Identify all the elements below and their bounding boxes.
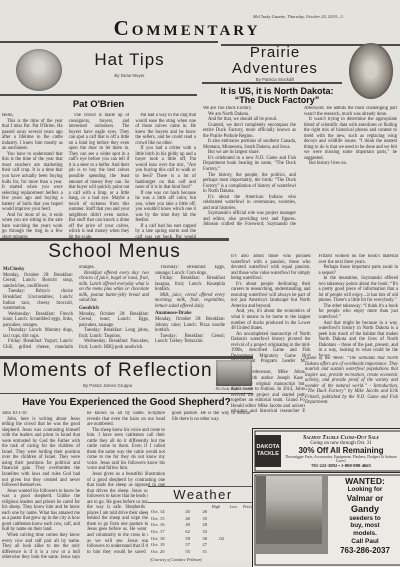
- weather-low: 31: [190, 549, 207, 556]
- paragraph: Friday: Breakfast: Breakfast lasagna, fr…: [155, 276, 225, 293]
- weather-row: Oct. 176233: [148, 529, 258, 536]
- weather-caption: (Courtesy of Candace Pellman): [148, 556, 258, 562]
- dakota-tackle-logo: DAKOTA TACKLE: [255, 435, 281, 467]
- reflection-byline: By Pastor James Gruppa: [0, 383, 215, 388]
- paragraph: Monday, October 28: Breakfast: Cereal; L…: [3, 273, 73, 290]
- weather-precip: [207, 529, 224, 536]
- wanted-line1: Looking for: [328, 486, 400, 494]
- weather-date: Oct. 17: [148, 529, 173, 536]
- paragraph: It's celebrated in a new N.D. Game and F…: [203, 156, 296, 173]
- tackle-offer: 30% Off All Remaining: [281, 446, 400, 455]
- paragraph: Granted, we don't completely encompass t…: [203, 123, 296, 140]
- paragraph: In the meantime, Szymanski offered two t…: [319, 276, 399, 304]
- paragraph: Tuesday: Breakfast: Cereal; Lunch: Turke…: [155, 334, 225, 345]
- wanted-line2: Valmar or: [328, 494, 400, 504]
- reflection-title: Moments of Reflection: [0, 360, 215, 382]
- weather-row: Oct. 205531: [148, 549, 258, 556]
- paragraph: Wednesday: Breakfast: Pancakes, fruit; L…: [79, 339, 149, 350]
- weather-box: Weather High Low Precip Oct. 144526Oct. …: [148, 486, 258, 561]
- duck-article-top: We are The Duck Factory.We are North Dak…: [203, 106, 397, 238]
- school-menus-title: School Menus: [0, 241, 229, 263]
- paragraph: It also embraces portions of southern Ca…: [203, 139, 296, 150]
- paragraph: Tuesday: Breakfast: Long johns, fruit; L…: [79, 328, 149, 339]
- paragraph: Monday, October 28: Breakfast: Cereal, t…: [79, 312, 149, 329]
- wanted-line3: Gandy: [328, 504, 400, 515]
- masthead-rule-left: [0, 41, 218, 43]
- prairie-portrait-photo: [349, 43, 393, 99]
- paragraph: Thursday: Breakfast: Eggs, sausage; Lunc…: [155, 265, 225, 276]
- paragraph: Thursday: Lunch: Mummy dogs, taxi cups, …: [3, 328, 73, 339]
- weather-precip: .02: [207, 536, 224, 543]
- weather-precip: [207, 516, 224, 523]
- pat-obrien-headline: Pat O'Brien: [0, 99, 197, 110]
- paragraph: And, yes, it's about the economics of wh…: [231, 309, 311, 331]
- weather-high: 40: [173, 516, 190, 523]
- paragraph: The history, the people, the politics, a…: [203, 173, 296, 195]
- tackle-ad: DAKOTA TACKLE Salmon Tackle Close-Out Sa…: [252, 428, 400, 474]
- weather-date: Oct. 19: [148, 542, 173, 549]
- weather-high: 62: [173, 529, 190, 536]
- wanted-line6: models.: [328, 530, 400, 538]
- paragraph: It's also about those who pursued waterf…: [231, 254, 311, 282]
- wanted-line5: buy, most: [328, 522, 400, 530]
- weather-low: 33: [190, 529, 207, 536]
- wanted-line4: seeders to: [328, 515, 400, 523]
- weather-high: 55: [173, 549, 190, 556]
- weather-precip: [207, 542, 224, 549]
- paragraph: But history lives on.: [304, 161, 397, 167]
- school-menus-body: McClusky Monday, October 28: Breakfast: …: [3, 265, 225, 353]
- prairie-title-line2: Adventures: [212, 60, 338, 77]
- prairie-title-line1: Prairie: [212, 44, 338, 61]
- tackle-phone: 701-222-3092 • 1-800-880-4665: [281, 463, 400, 468]
- weather-precip: [207, 509, 224, 516]
- paragraph: You have to understand that this is the …: [2, 152, 63, 213]
- weather-low: 30: [190, 536, 207, 543]
- wanted-ad: WANTED: Looking for Valmar or Gandy seed…: [252, 472, 400, 567]
- prairie-rule: [202, 82, 342, 84]
- paragraph: Wednesday: Breakfast: French toast; Lunc…: [3, 312, 73, 329]
- weather-row: Oct. 144526: [148, 509, 258, 516]
- paragraph: Jesus wanted his followers to know he wa…: [2, 489, 80, 533]
- weather-low: 28: [190, 522, 207, 529]
- hat-tips-title: Hat Tips: [62, 50, 197, 70]
- tackle-items: Downrigger Parts, Accessories, Equipment…: [281, 455, 400, 463]
- weather-high: 45: [173, 509, 190, 516]
- weather-date: Oct. 14: [148, 509, 173, 516]
- duck-headline-line2: “The Duck Factory”: [202, 95, 352, 105]
- hat-tips-byline: By Dean Meyer: [62, 73, 197, 78]
- weather-low: 26: [190, 509, 207, 516]
- menus-rule-bottom: [0, 356, 253, 359]
- weather-row: Oct. 195727: [148, 542, 258, 549]
- paragraph: It wasn't trying to determine the approp…: [304, 117, 397, 161]
- paragraph: The crowd is made up of consignors, buye…: [69, 113, 130, 241]
- quote-of-the-week: Quote of the Week: “The wetlands that No…: [305, 356, 398, 424]
- hat-tips-rule: [0, 94, 197, 96]
- weather-date: Oct. 18: [148, 536, 173, 543]
- weather-high: 57: [173, 542, 190, 549]
- paragraph: Tuesday: Brityn's choice Breakfast: Uncr…: [3, 289, 73, 311]
- weather-low: 35: [190, 516, 207, 523]
- weather-date: Oct. 15: [148, 516, 173, 523]
- weather-precip: [207, 522, 224, 529]
- wanted-phone: 763-286-2037: [328, 546, 400, 556]
- weather-row: Oct. 164928: [148, 522, 258, 529]
- seeder-photo: [256, 476, 328, 554]
- wanted-headline: WANTED:: [328, 476, 400, 486]
- hat-tips-photo: [16, 49, 62, 91]
- good-shepherd-headline: Have You Experienced the Good Shepherd?: [0, 397, 253, 408]
- menu-milk-note: Milk, juice, cereal offered every mornin…: [155, 293, 225, 310]
- weather-high: 49: [173, 522, 190, 529]
- paragraph: And that might be because in a way, wate…: [319, 321, 399, 360]
- newspaper-page: McClusky Gazette, Thursday, October 24, …: [0, 0, 400, 567]
- weather-row: Oct. 154035: [148, 516, 258, 523]
- logo-line2: TACKLE: [255, 451, 281, 458]
- paragraph: Pat had a way in the ring that would eas…: [135, 113, 196, 146]
- weather-precip: [207, 549, 224, 556]
- weather-title: Weather: [148, 487, 258, 503]
- weather-high: 59: [173, 536, 190, 543]
- menu-mcclusky-note: Breakfast offered every day: two choices…: [79, 271, 149, 304]
- paragraph: It's about the American Indians who cele…: [203, 195, 296, 212]
- weather-table: Oct. 144526Oct. 154035Oct. 164928Oct. 17…: [148, 509, 258, 556]
- paragraph: The sheep know his voice and come to him…: [87, 428, 165, 472]
- reflection-rule: [0, 393, 253, 394]
- weather-date: Oct. 20: [148, 549, 173, 556]
- logo-line1: DAKOTA: [255, 444, 281, 451]
- paragraph: Monday, October 28: Breakfast: Johnny ca…: [155, 317, 225, 334]
- section-title: Commentary: [87, 16, 287, 41]
- paragraph: John, here is writing about Jesus tellin…: [2, 417, 80, 489]
- paragraph: This is the time of the year that I miss…: [2, 119, 63, 152]
- church-photo-caption: McClusky Baptist Church: [212, 387, 256, 391]
- pat-obrien-body: Hello,This is the time of the year that …: [2, 113, 196, 248]
- weather-row: Oct. 185930.02: [148, 536, 258, 543]
- paragraph: If you had a critter with a little hitch…: [135, 146, 196, 190]
- weather-low: 27: [190, 542, 207, 549]
- wanted-line7: Call Paul: [328, 538, 400, 546]
- paragraph: Perhaps those important parts await in a…: [319, 265, 399, 276]
- church-photo: [216, 360, 252, 386]
- paragraph: If one was cut back because he was a lit…: [135, 191, 196, 224]
- paragraph: The other takeaway: “I think it's a book…: [319, 304, 399, 321]
- paragraph: It's about people dedicating their caree…: [231, 282, 311, 310]
- weather-date: Oct. 16: [148, 522, 173, 529]
- paragraph: And for most of us, it ends when you are…: [2, 213, 63, 241]
